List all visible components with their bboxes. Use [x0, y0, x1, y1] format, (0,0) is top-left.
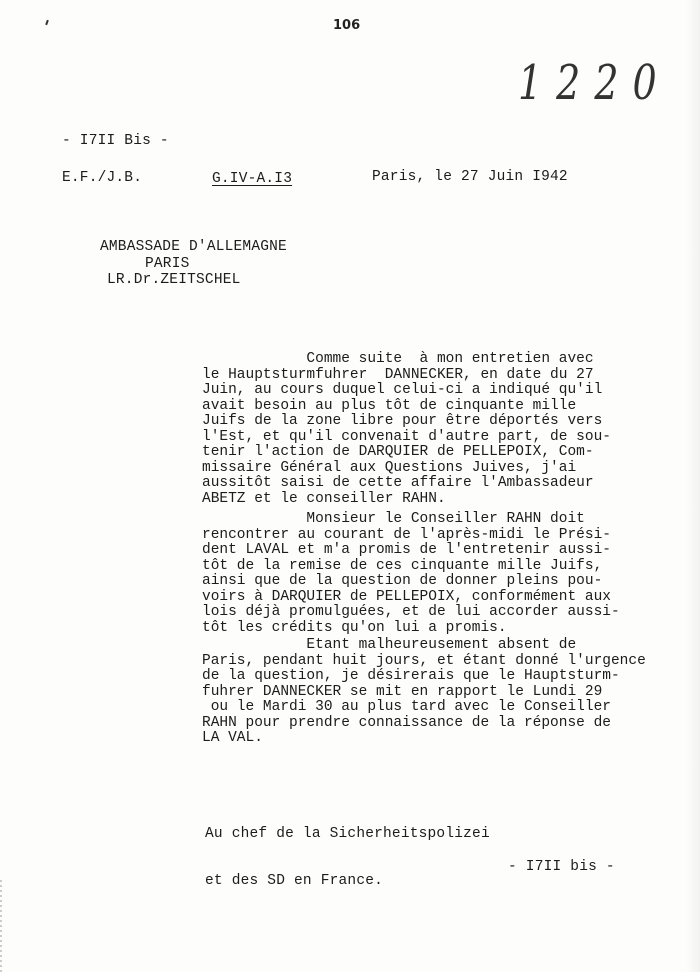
document-page: 106 1220 - I7II Bis - E.F./J.B. G.IV-A.I…: [0, 0, 700, 972]
recipient-line-2: PARIS: [145, 257, 190, 272]
body-line: rencontrer au courant de l'après-midi le…: [202, 528, 620, 544]
reference-top: - I7II Bis -: [62, 134, 169, 149]
body-line: Etant malheureusement absent de: [202, 638, 646, 654]
body-line: avait besoin au plus tôt de cinquante mi…: [202, 399, 611, 415]
page-edge-shadow: [686, 0, 700, 972]
body-line: tenir l'action de DARQUIER de PELLEPOIX,…: [202, 445, 611, 461]
body-line: dent LAVAL et m'a promis de l'entretenir…: [202, 543, 620, 559]
body-line: de la question, je désirerais que le Hau…: [202, 669, 646, 685]
body-line: ou le Mardi 30 au plus tard avec le Cons…: [202, 700, 646, 716]
file-code: G.IV-A.I3: [212, 172, 292, 187]
closing-line-1: Au chef de la Sicherheitspolizei: [205, 827, 490, 843]
body-paragraph-3: Etant malheureusement absent deParis, pe…: [202, 638, 646, 747]
body-line: tôt de la remise de ces cinquante mille …: [202, 559, 620, 575]
archive-stamp-number: 106: [333, 18, 360, 33]
date-line: Paris, le 27 Juin I942: [372, 170, 568, 185]
body-line: voirs à DARQUIER de PELLEPOIX, conformém…: [202, 590, 620, 606]
pen-mark: [45, 20, 49, 25]
body-line: le Hauptsturmfuhrer DANNECKER, en date d…: [202, 368, 611, 384]
closing-block: Au chef de la Sicherheitspolizei et des …: [205, 796, 490, 920]
recipient-line-3: LR.Dr.ZEITSCHEL: [107, 273, 241, 288]
body-line: Juifs de la zone libre pour être déporté…: [202, 414, 611, 430]
sender-initials: E.F./J.B.: [62, 171, 142, 186]
body-line: RAHN pour prendre connaissance de la rép…: [202, 716, 646, 732]
body-line: LA VAL.: [202, 731, 646, 747]
body-line: tôt les crédits qu'on lui a promis.: [202, 621, 620, 637]
closing-line-2: et des SD en France.: [205, 874, 490, 890]
body-line: aussitôt saisi de cette affaire l'Ambass…: [202, 476, 611, 492]
body-line: ainsi que de la question de donner plein…: [202, 574, 620, 590]
reference-bottom: - I7II bis -: [508, 860, 615, 875]
handwritten-archive-number: 1220: [518, 55, 671, 110]
body-line: Comme suite à mon entretien avec: [202, 352, 611, 368]
body-line: ABETZ et le conseiller RAHN.: [202, 492, 611, 508]
body-paragraph-1: Comme suite à mon entretien avecle Haupt…: [202, 352, 611, 507]
page-edge-marks: [0, 880, 2, 972]
body-line: Juin, au cours duquel celui-ci a indiqué…: [202, 383, 611, 399]
body-line: fuhrer DANNECKER se mit en rapport le Lu…: [202, 685, 646, 701]
body-paragraph-2: Monsieur le Conseiller RAHN doitrencontr…: [202, 512, 620, 636]
body-line: Paris, pendant huit jours, et étant donn…: [202, 654, 646, 670]
recipient-line-1: AMBASSADE D'ALLEMAGNE: [100, 240, 287, 255]
body-line: Monsieur le Conseiller RAHN doit: [202, 512, 620, 528]
body-line: missaire Général aux Questions Juives, j…: [202, 461, 611, 477]
body-line: lois déjà promulguées, et de lui accorde…: [202, 605, 620, 621]
body-line: l'Est, et qu'il convenait d'autre part, …: [202, 430, 611, 446]
